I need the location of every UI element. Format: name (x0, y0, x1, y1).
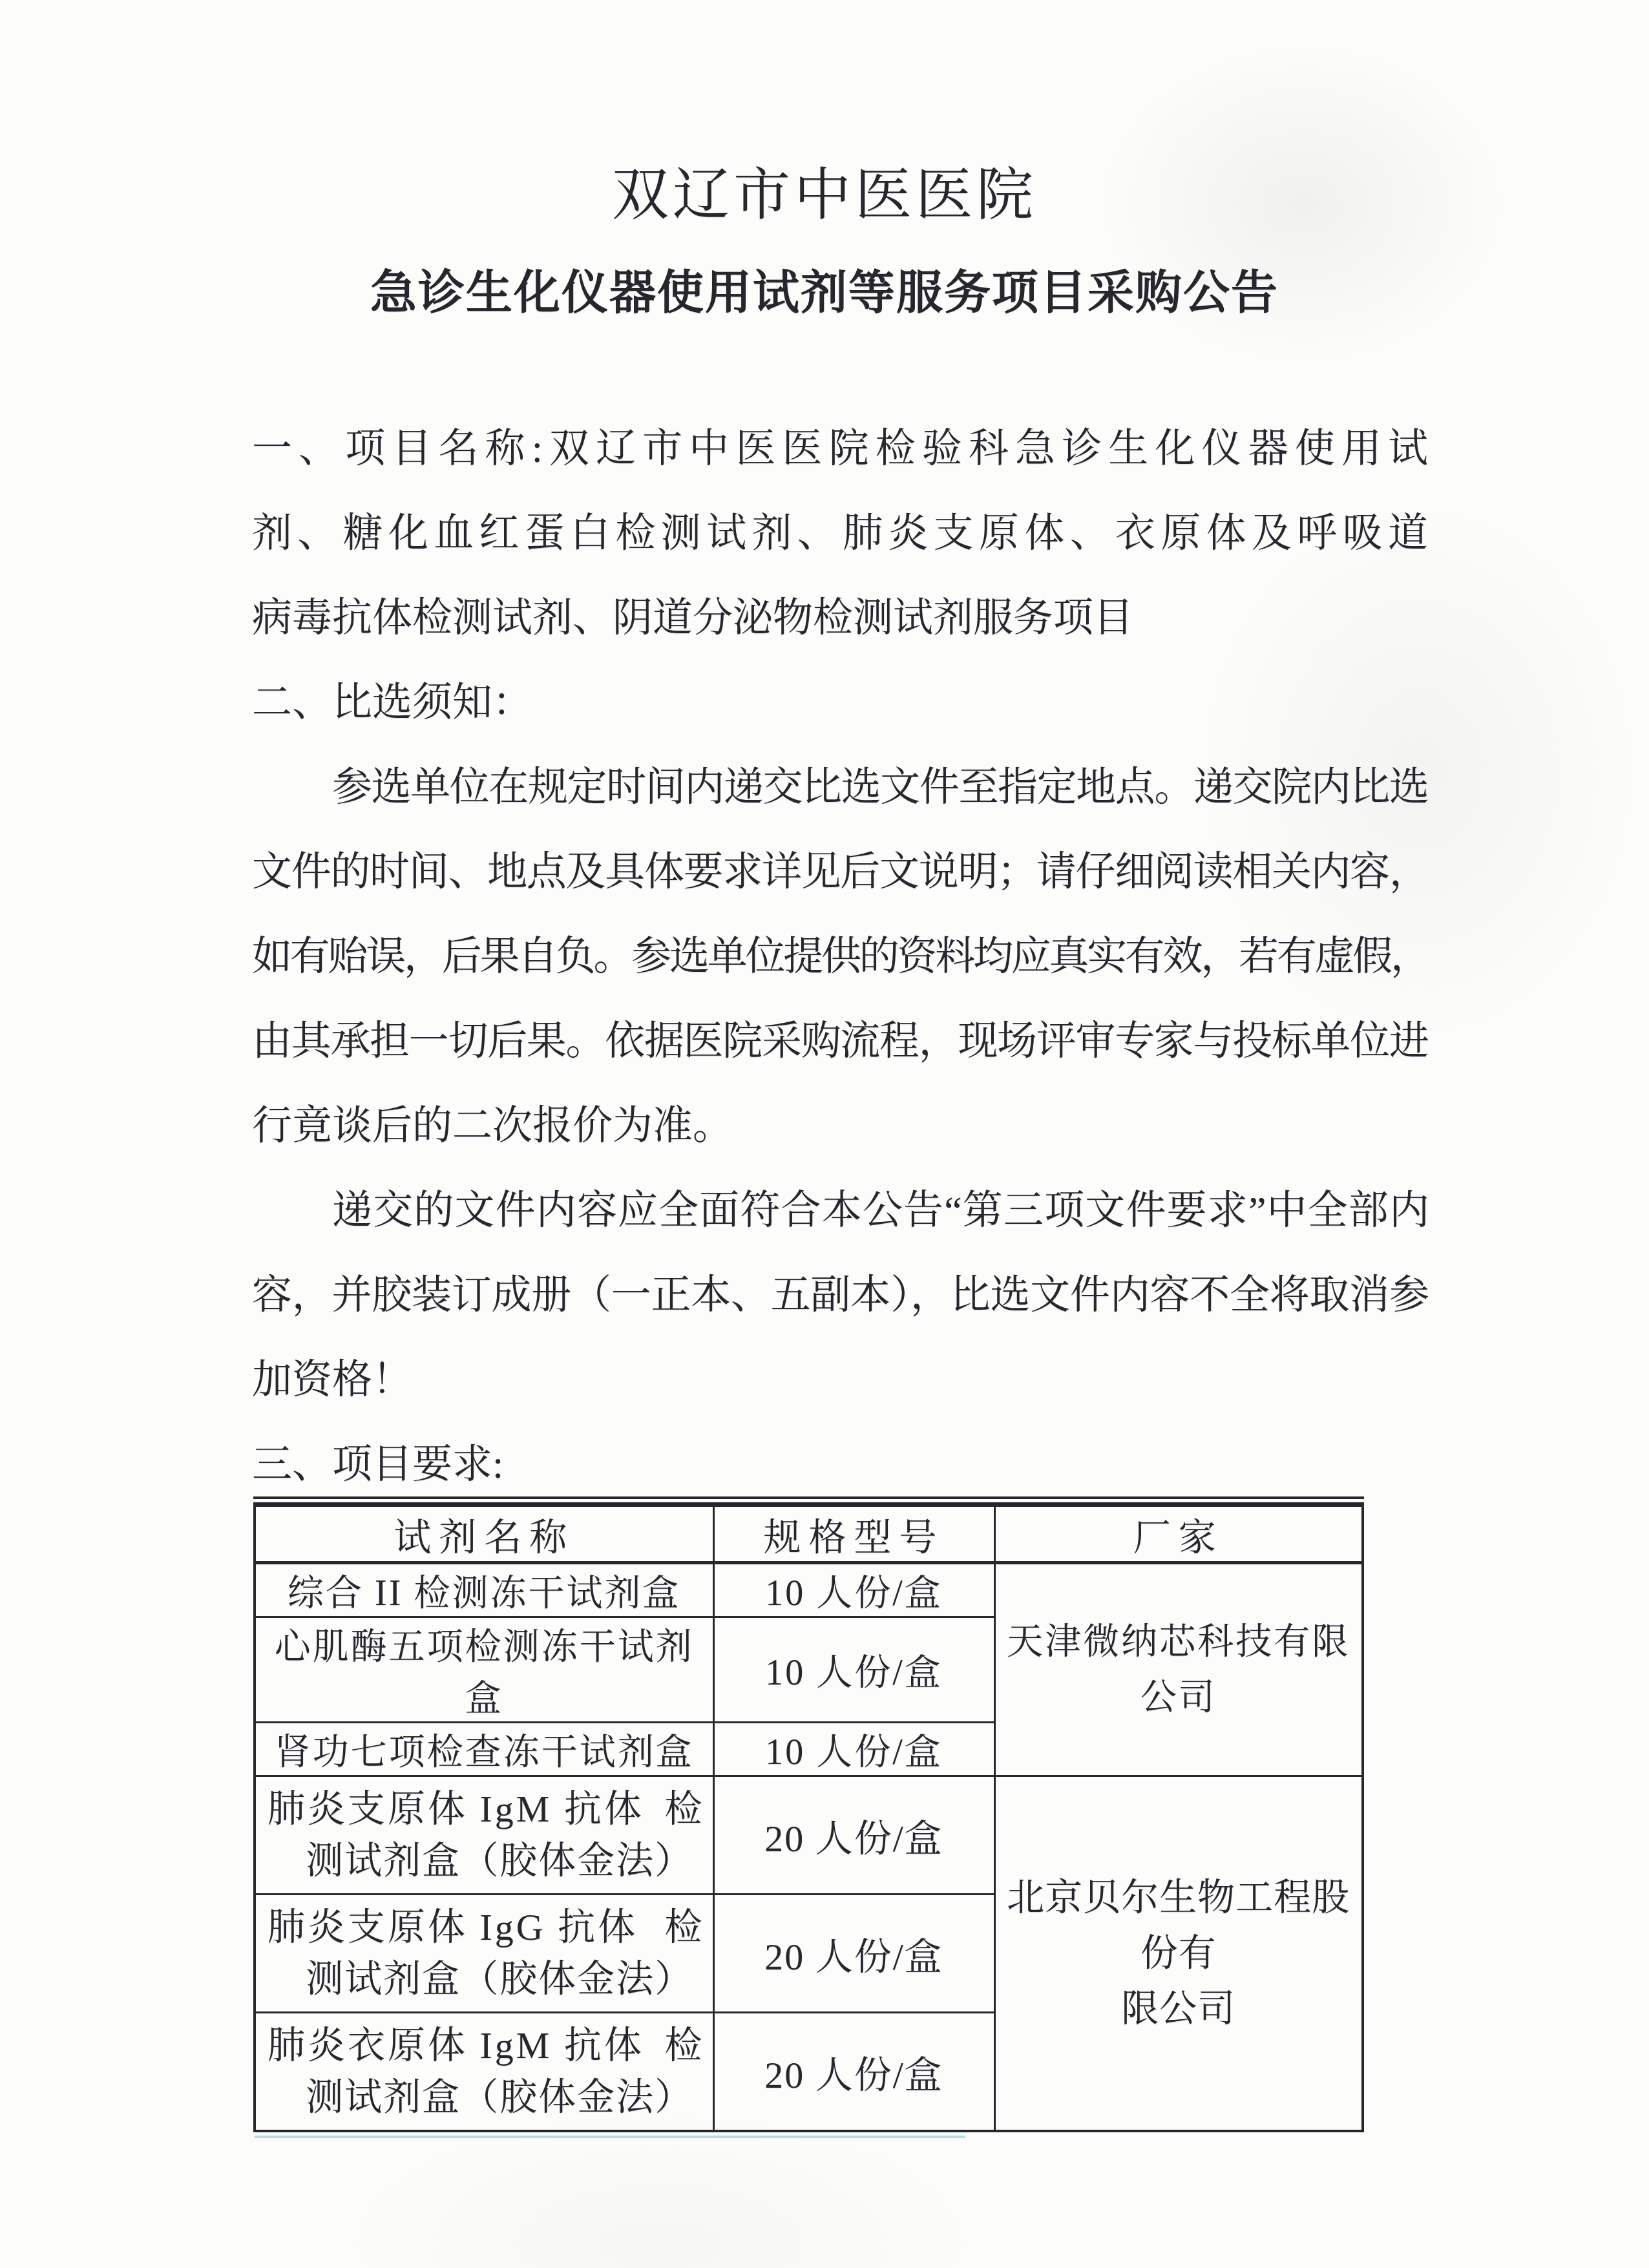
reagent-name-line-2: 测试剂盒（胶体金法） (268, 2072, 702, 2123)
body-line-submission-3: 加资格！ (252, 1338, 1428, 1423)
body-line-section-3-heading: 三、项目要求: (252, 1423, 1428, 1507)
reagent-name-line-1-tail: 检 (664, 2020, 702, 2072)
header-manufacturer: 厂家 (994, 1506, 1363, 1563)
body-line-submission-2: 容，并胶装订成册（一正本、五副本），比选文件内容不全将取消参 (252, 1254, 1428, 1338)
body-line-notice-1: 参选单位在规定时间内递交比选文件至指定地点。递交院内比选 (252, 746, 1428, 830)
reagent-name-line-2: 测试剂盒（胶体金法） (268, 1953, 702, 2005)
scanned-document-page: 双辽市中医医院 急诊生化仪器使用试剂等服务项目采购公告 一、项目名称:双辽市中医… (0, 0, 1649, 2268)
body-line-notice-4: 由其承担一切后果。依据医院采购流程，现场评审专家与投标单位进 (252, 1000, 1428, 1084)
reagent-name-line-1-tail: 检 (664, 1902, 702, 1953)
body-line-project-name-3: 病毒抗体检测试剂、阴道分泌物检测试剂服务项目 (252, 576, 1428, 661)
cell-vendor: 北京贝尔生物工程股份有 限公司 (994, 1776, 1363, 2132)
cell-spec: 10 人份/盒 (713, 1563, 994, 1617)
header-spec-model: 规格型号 (713, 1506, 994, 1563)
cell-vendor: 天津微纳芯科技有限公司 (994, 1563, 1363, 1776)
cell-reagent-name: 肾功七项检查冻干试剂盒 (255, 1723, 713, 1776)
reagent-name-line-1-left: 肺炎支原体 IgM 抗体 (268, 1783, 644, 1835)
cell-reagent-name: 肺炎衣原体 IgM 抗体 检 测试剂盒（胶体金法） (255, 2013, 713, 2132)
reagent-name-line-1-left: 肺炎支原体 IgG 抗体 (268, 1902, 638, 1953)
body-line-notice-2: 文件的时间、地点及具体要求详见后文说明；请仔细阅读相关内容， (252, 830, 1428, 915)
cell-spec: 10 人份/盒 (713, 1723, 994, 1776)
cell-reagent-name: 肺炎支原体 IgM 抗体 检 测试剂盒（胶体金法） (255, 1776, 713, 1895)
reagent-name-line-1: 肺炎支原体 IgG 抗体 检 (268, 1902, 702, 1953)
reagent-name-line-1-tail: 检 (664, 1783, 702, 1835)
cell-reagent-name: 肺炎支原体 IgG 抗体 检 测试剂盒（胶体金法） (255, 1895, 713, 2013)
reagent-table-grid: 试剂名称 规格型号 厂家 综合 II 检测冻干试剂盒 10 人份/盒 天津微纳芯… (253, 1505, 1364, 2132)
body-line-notice-5: 行竟谈后的二次报价为准。 (252, 1084, 1428, 1169)
reagent-name-line-2: 测试剂盒（胶体金法） (268, 1835, 702, 1887)
table-header-row: 试剂名称 规格型号 厂家 (255, 1506, 1363, 1563)
body-line-section-2-heading: 二、比选须知： (252, 661, 1428, 746)
page-title: 双辽市中医医院 (0, 163, 1649, 228)
cell-spec: 20 人份/盒 (713, 1776, 994, 1895)
reagent-table: 试剂名称 规格型号 厂家 综合 II 检测冻干试剂盒 10 人份/盒 天津微纳芯… (253, 1496, 1364, 2132)
body-text: 一、项目名称:双辽市中医医院检验科急诊生化仪器使用试 剂、糖化血红蛋白检测试剂、… (252, 407, 1428, 1507)
reagent-name-line-1-left: 肺炎衣原体 IgM 抗体 (268, 2020, 644, 2072)
body-line-notice-3: 如有贻误，后果自负。参选单位提供的资料均应真实有效，若有虚假， (252, 915, 1428, 1000)
body-line-submission-1: 递交的文件内容应全面符合本公告“第三项文件要求”中全部内 (252, 1169, 1428, 1254)
table-row: 综合 II 检测冻干试剂盒 10 人份/盒 天津微纳芯科技有限公司 (255, 1563, 1363, 1617)
reagent-name-line-1: 肺炎支原体 IgM 抗体 检 (268, 1783, 702, 1835)
cell-spec: 20 人份/盒 (713, 1895, 994, 2013)
body-line-project-name-1: 一、项目名称:双辽市中医医院检验科急诊生化仪器使用试 (252, 407, 1428, 492)
reagent-name-line-1: 肺炎衣原体 IgM 抗体 检 (268, 2020, 702, 2072)
cell-reagent-name: 综合 II 检测冻干试剂盒 (255, 1563, 713, 1617)
header-reagent-name: 试剂名称 (255, 1506, 713, 1563)
table-row: 肺炎支原体 IgM 抗体 检 测试剂盒（胶体金法） 20 人份/盒 北京贝尔生物… (255, 1776, 1363, 1895)
page-subtitle: 急诊生化仪器使用试剂等服务项目采购公告 (0, 266, 1649, 320)
cell-spec: 20 人份/盒 (713, 2013, 994, 2132)
body-line-project-name-2: 剂、糖化血红蛋白检测试剂、肺炎支原体、衣原体及呼吸道 (252, 492, 1428, 576)
cell-reagent-name: 心肌酶五项检测冻干试剂盒 (255, 1617, 713, 1723)
cell-spec: 10 人份/盒 (713, 1617, 994, 1723)
